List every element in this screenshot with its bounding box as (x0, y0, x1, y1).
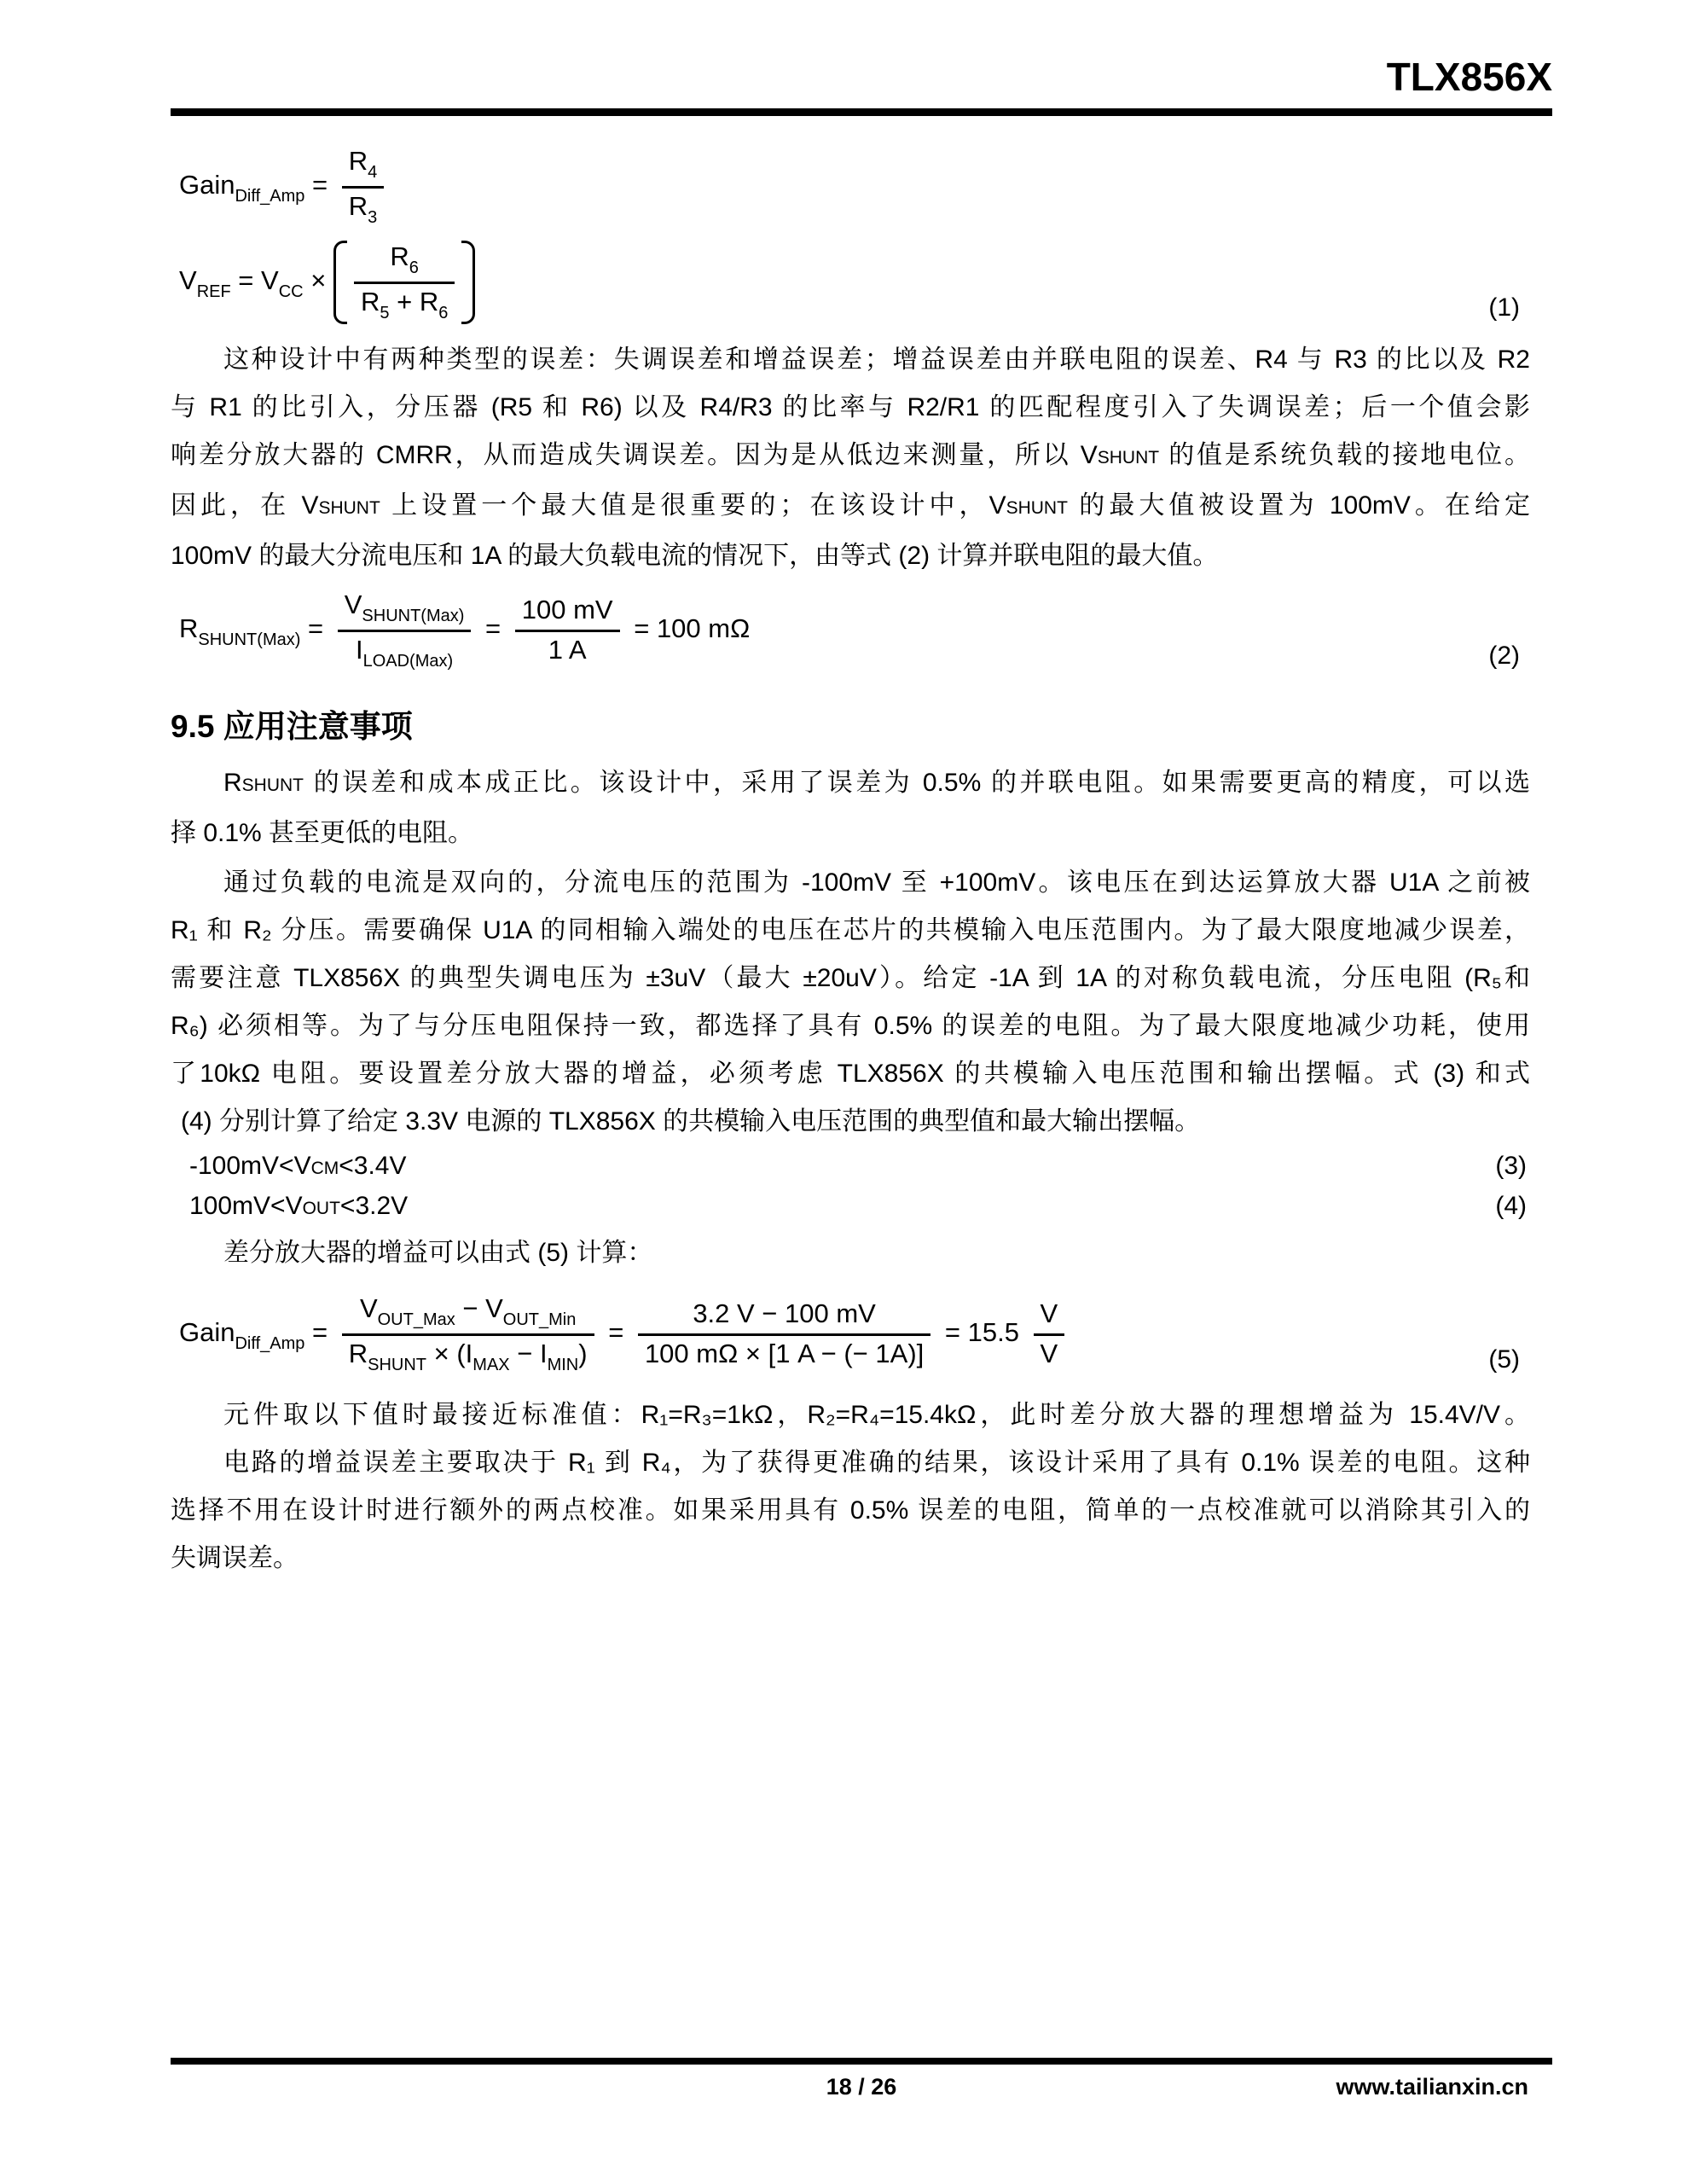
paragraph-line: R₁ 和 R₂ 分压。需要确保 U1A 的同相输入端处的电压在芯片的共模输入电压… (171, 907, 1530, 955)
text-run: V (179, 265, 197, 295)
text-run: = (304, 1317, 334, 1347)
datasheet-page: TLX856X GainDiff_Amp = R4R3 VREF = VCC ×… (0, 0, 1687, 2184)
paragraph-line: RSHUNT 的误差和成本成正比。该设计中，采用了误差为 0.5% 的并联电阻。… (171, 759, 1530, 810)
equation-rshunt-row: RSHUNT(Max) = VSHUNT(Max)ILOAD(Max) = 10… (171, 589, 1552, 672)
right-bracket (461, 241, 475, 324)
page-header: TLX856X (171, 55, 1552, 100)
text-run: 响差分放大器的 CMRR，从而造成失调误差。因为是从低边来测量，所以 V (171, 441, 1098, 469)
fraction-numerator: R6 (354, 241, 455, 284)
subscript-text: MAX (472, 1356, 509, 1374)
fraction-denominator: 1 A (542, 632, 594, 667)
eq-result: = 15.5 (937, 1317, 1026, 1347)
text-run: I (466, 1339, 473, 1368)
equation-gain-diffamp: GainDiff_Amp = R4R3 (171, 145, 1552, 229)
smallcaps-text: SHUNT (1098, 448, 1159, 468)
text-run: R (390, 241, 409, 271)
paragraph-gain-lead: 差分放大器的增益可以由式 (5) 计算： (171, 1229, 1552, 1277)
header-rule (171, 108, 1552, 116)
equation-gain-full-row: GainDiff_Amp = VOUT_Max − VOUT_MinRSHUNT… (171, 1292, 1552, 1376)
paragraph-line: 因此，在 VSHUNT 上设置一个最大值是很重要的；在该设计中，VSHUNT 的… (171, 482, 1530, 532)
paragraph-standard-values: 元件取以下值时最接近标准值：R₁=R₃=1kΩ，R₂=R₄=15.4kΩ，此时差… (171, 1391, 1552, 1439)
paragraph-line: 差分放大器的增益可以由式 (5) 计算： (171, 1229, 1530, 1277)
fraction-numerator: 100 mV (515, 594, 620, 632)
equation-vref-row: VREF = VCC × R6R5 + R6 (1) (171, 241, 1552, 324)
text-run: V (345, 590, 362, 619)
equation-rshunt: RSHUNT(Max) = VSHUNT(Max)ILOAD(Max) = 10… (171, 589, 750, 672)
paragraph-line: 通过负载的电流是双向的，分流电压的范围为 -100mV 至 +100mV。该电压… (171, 859, 1530, 907)
eq-lhs: GainDiff_Amp = (179, 170, 335, 200)
website-text: www.tailianxin.cn (1336, 2072, 1552, 2101)
subscript-text: Diff_Amp (235, 1334, 304, 1353)
text-run: V (261, 265, 279, 295)
subscript-text: 6 (409, 258, 419, 277)
text-run: I (356, 635, 363, 665)
smallcaps-text: CM (311, 1159, 339, 1178)
text-run: R (349, 191, 368, 221)
text-run: 100mV<V (189, 1192, 303, 1220)
text-run: R (361, 287, 380, 317)
smallcaps-text: OUT (303, 1199, 340, 1218)
subscript-text: 3 (368, 208, 377, 227)
text-run: V (360, 1293, 378, 1323)
text-run: R (349, 1339, 368, 1368)
fraction-denominator: V (1034, 1336, 1065, 1371)
subscript-text: OUT_Min (503, 1310, 577, 1329)
text-run: <3.4V (339, 1152, 406, 1180)
text-run: Gain (179, 1317, 235, 1347)
fraction: VSHUNT(Max)ILOAD(Max) (338, 589, 472, 672)
subscript-text: 4 (368, 163, 377, 182)
equation-vref: VREF = VCC × R6R5 + R6 (171, 241, 475, 324)
equation-number: (3) (1495, 1147, 1527, 1188)
fraction-numerator: 3.2 V − 100 mV (638, 1298, 930, 1336)
paragraph-line: (4) 分别计算了给定 3.3V 电源的 TLX856X 的共模输入电压范围的典… (171, 1098, 1530, 1146)
subscript-text: SHUNT (368, 1356, 426, 1374)
page-content: TLX856X GainDiff_Amp = R4R3 VREF = VCC ×… (171, 0, 1552, 1583)
text-run: I (540, 1339, 548, 1368)
text-run: V (485, 1293, 503, 1323)
eq-lhs: GainDiff_Amp = (179, 1317, 335, 1347)
text-run: -100mV<V (189, 1152, 311, 1180)
paragraph-line: R₆) 必须相等。为了与分压电阻保持一致，都选择了具有 0.5% 的误差的电阻。… (171, 1002, 1530, 1050)
fraction-denominator: RSHUNT × (IMAX − IMIN) (342, 1336, 594, 1376)
subscript-text: MIN (548, 1356, 579, 1374)
text-run: = (304, 170, 334, 200)
eq-equals: = (601, 1317, 631, 1347)
smallcaps-text: SHUNT (242, 775, 304, 795)
text-run: 的误差和成本成正比。该设计中，采用了误差为 0.5% 的并联电阻。如果需要更高的… (304, 769, 1530, 797)
text-run: 因此，在 V (171, 491, 318, 520)
left-bracket (333, 241, 347, 324)
paragraph-line: 需要注意 TLX856X 的典型失调电压为 ±3uV（最大 ±20uV）。给定 … (171, 955, 1530, 1002)
subscript-text: 5 (380, 304, 389, 322)
subscript-text: SHUNT(Max) (198, 630, 300, 649)
paragraph-error-types: 这种设计中有两种类型的误差：失调误差和增益误差；增益误差由并联电阻的误差、R4 … (171, 336, 1552, 580)
fraction: VV (1034, 1298, 1065, 1371)
text-run: R (349, 146, 368, 176)
fraction-numerator: VSHUNT(Max) (338, 589, 472, 632)
subscript-text: SHUNT(Max) (362, 607, 464, 625)
fraction: 100 mV1 A (515, 594, 620, 667)
paragraph-line: 与 R1 的比引入，分压器 (R5 和 R6) 以及 R4/R3 的比率与 R2… (171, 384, 1530, 432)
paragraph-rshunt-cost: RSHUNT 的误差和成本成正比。该设计中，采用了误差为 0.5% 的并联电阻。… (171, 759, 1552, 857)
fraction: R4R3 (342, 145, 385, 229)
paragraph-line: 择 0.1% 甚至更低的电阻。 (171, 810, 1530, 857)
text-run: = (231, 265, 261, 295)
subscript-text: Diff_Amp (235, 187, 304, 206)
equation-vcm-range-row: -100mV<VCM<3.4V (3) (171, 1147, 1552, 1188)
equation-vcm-range: -100mV<VCM<3.4V (189, 1147, 406, 1188)
text-run: R (223, 769, 242, 797)
fraction-numerator: V (1034, 1298, 1065, 1336)
section-heading: 9.5 应用注意事项 (171, 708, 1552, 746)
fraction-numerator: VOUT_Max − VOUT_Min (342, 1292, 594, 1336)
text-run: R (179, 613, 198, 643)
equation-number: (2) (1488, 640, 1552, 672)
text-run: = (300, 613, 330, 643)
paragraph-line: 这种设计中有两种类型的误差：失调误差和增益误差；增益误差由并联电阻的误差、R4 … (171, 336, 1530, 384)
subscript-text: CC (279, 282, 304, 301)
text-run: 的值是系统负载的接地电位。 (1159, 441, 1530, 469)
paragraph-line: 响差分放大器的 CMRR，从而造成失调误差。因为是从低边来测量，所以 VSHUN… (171, 432, 1530, 482)
eq-lhs: VREF = VCC × (179, 265, 333, 295)
equation-number: (4) (1495, 1188, 1527, 1228)
equation-number: (1) (1488, 292, 1552, 324)
fraction-denominator: ILOAD(Max) (349, 632, 460, 672)
bracket-group: R6R5 + R6 (333, 241, 475, 324)
subscript-text: 6 (438, 304, 448, 322)
fraction: 3.2 V − 100 mV100 mΩ × [1 A − (− 1A)] (638, 1298, 930, 1371)
text-run: R (420, 287, 438, 317)
paragraph-line: 失调误差。 (171, 1535, 1530, 1583)
text-run: × (304, 265, 333, 295)
paragraph-line: 选择不用在设计时进行额外的两点校准。如果采用具有 0.5% 误差的电阻，简单的一… (171, 1487, 1530, 1535)
fraction: R6R5 + R6 (354, 241, 455, 324)
equation-vout-range-row: 100mV<VOUT<3.2V (4) (171, 1188, 1552, 1228)
text-run: 的最大值被设置为 100mV。在给定 (1068, 491, 1530, 520)
smallcaps-text: SHUNT (318, 498, 380, 518)
text-run: − (455, 1293, 485, 1323)
subscript-text: OUT_Max (378, 1310, 455, 1329)
text-run: Gain (179, 170, 235, 200)
eq-result: = 100 mΩ (627, 613, 751, 643)
fraction-denominator: R5 + R6 (354, 284, 455, 324)
text-run: <3.2V (340, 1192, 408, 1220)
eq-lhs: RSHUNT(Max) = (179, 613, 331, 643)
page-footer: 18 / 26 www.tailianxin.cn (171, 2058, 1552, 2101)
text-run: − (510, 1339, 540, 1368)
doc-title: TLX856X (1387, 55, 1552, 100)
paragraph-line: 100mV 的最大分流电压和 1A 的最大负载电流的情况下，由等式 (2) 计算… (171, 532, 1530, 580)
paragraph-line: 了10kΩ 电阻。要设置差分放大器的增益，必须考虑 TLX856X 的共模输入电… (171, 1050, 1530, 1098)
footer-row: 18 / 26 www.tailianxin.cn (171, 2072, 1552, 2101)
footer-rule (171, 2058, 1552, 2065)
paragraph-line: 元件取以下值时最接近标准值：R₁=R₃=1kΩ，R₂=R₄=15.4kΩ，此时差… (171, 1391, 1530, 1439)
fraction: VOUT_Max − VOUT_MinRSHUNT × (IMAX − IMIN… (342, 1292, 594, 1376)
fraction-denominator: 100 mΩ × [1 A − (− 1A)] (638, 1336, 930, 1371)
eq-equals: = (478, 613, 507, 643)
fraction-denominator: R3 (342, 189, 385, 229)
subscript-text: LOAD(Max) (363, 652, 454, 671)
page-number: 18 / 26 (826, 2072, 897, 2101)
smallcaps-text: SHUNT (1006, 498, 1068, 518)
paragraph-line: 电路的增益误差主要取决于 R₁ 到 R₄，为了获得更准确的结果，该设计采用了具有… (171, 1439, 1530, 1487)
paragraph-gain-error: 电路的增益误差主要取决于 R₁ 到 R₄，为了获得更准确的结果，该设计采用了具有… (171, 1439, 1552, 1583)
text-run: ) (578, 1339, 587, 1368)
equation-number: (5) (1488, 1344, 1552, 1376)
text-run: × ( (426, 1339, 466, 1368)
text-run: 上设置一个最大值是很重要的；在该设计中，V (380, 491, 1006, 520)
equation-gain-full: GainDiff_Amp = VOUT_Max − VOUT_MinRSHUNT… (171, 1292, 1071, 1376)
paragraph-bidirectional-current: 通过负载的电流是双向的，分流电压的范围为 -100mV 至 +100mV。该电压… (171, 859, 1552, 1146)
text-run: + (389, 287, 419, 317)
equation-vout-range: 100mV<VOUT<3.2V (189, 1188, 408, 1228)
subscript-text: REF (197, 282, 231, 301)
fraction-numerator: R4 (342, 145, 385, 189)
